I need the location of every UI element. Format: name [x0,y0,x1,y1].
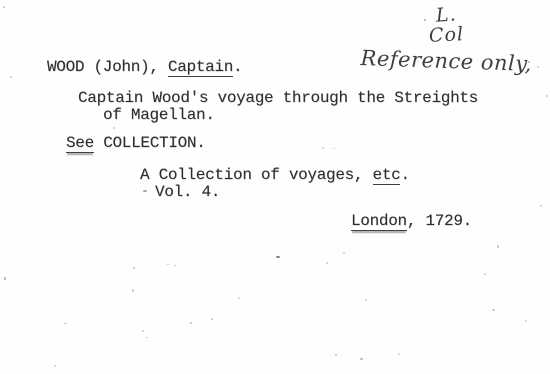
scan-speck [146,337,148,338]
scan-speck [326,262,328,264]
scan-speck [174,265,176,266]
scan-speck [238,297,240,299]
imprint-line: London, 1729. [351,213,472,229]
scan-speck [365,299,367,301]
scan-speck [54,365,56,367]
imprint-place-underlined: London [351,212,407,231]
catalog-card: WOOD (John), Captain. Captain Wood's voy… [0,0,550,374]
scan-speck [537,66,539,68]
scan-speck [113,127,115,129]
collection-title-line: A Collection of voyages, etc. [140,167,410,183]
scan-speck [333,148,335,149]
scan-speck [190,322,192,324]
collection-etc-underlined: etc [373,166,401,185]
scan-speck [525,320,527,322]
scan-speck [167,264,169,265]
heading-author: WOOD (John), [47,58,168,76]
scan-speck [497,245,499,248]
collection-title-prefix: A Collection of voyages, [140,166,373,184]
scan-speck [10,76,12,78]
scan-speck [142,330,144,332]
scan-speck [360,358,363,360]
handwritten-reference-note: Reference only, [360,48,532,75]
collection-title-period: . [400,166,409,184]
scan-speck [64,323,67,324]
heading-period: . [233,58,242,76]
see-reference-line: See COLLECTION. [66,135,206,151]
imprint-year: , 1729. [407,212,472,230]
handwritten-classmark-line2: Col [429,25,465,46]
scan-speck [3,6,5,8]
scan-speck [398,353,400,355]
scan-speck [4,277,6,280]
scan-speck [424,19,426,21]
scan-speck [211,318,213,320]
scan-speck [343,252,345,254]
scan-speck [528,61,530,63]
scan-speck [540,205,542,207]
scan-speck [276,256,280,258]
volume-line: Vol. 4. [155,184,220,200]
see-word-underlined: See [66,134,94,153]
heading-line: WOOD (John), Captain. [47,59,242,75]
title-line-2: of Magellan. [103,107,215,123]
heading-rank-underlined: Captain [168,58,233,77]
scan-speck [143,190,147,192]
scan-speck [133,267,135,269]
scan-speck [546,95,548,97]
scan-speck [335,354,337,356]
title-line-1: Captain Wood's voyage through the Streig… [78,90,478,106]
scan-speck [492,309,495,311]
scan-speck [132,289,134,292]
scan-speck [322,147,324,149]
scan-speck [484,273,486,275]
see-target: COLLECTION. [94,134,206,152]
